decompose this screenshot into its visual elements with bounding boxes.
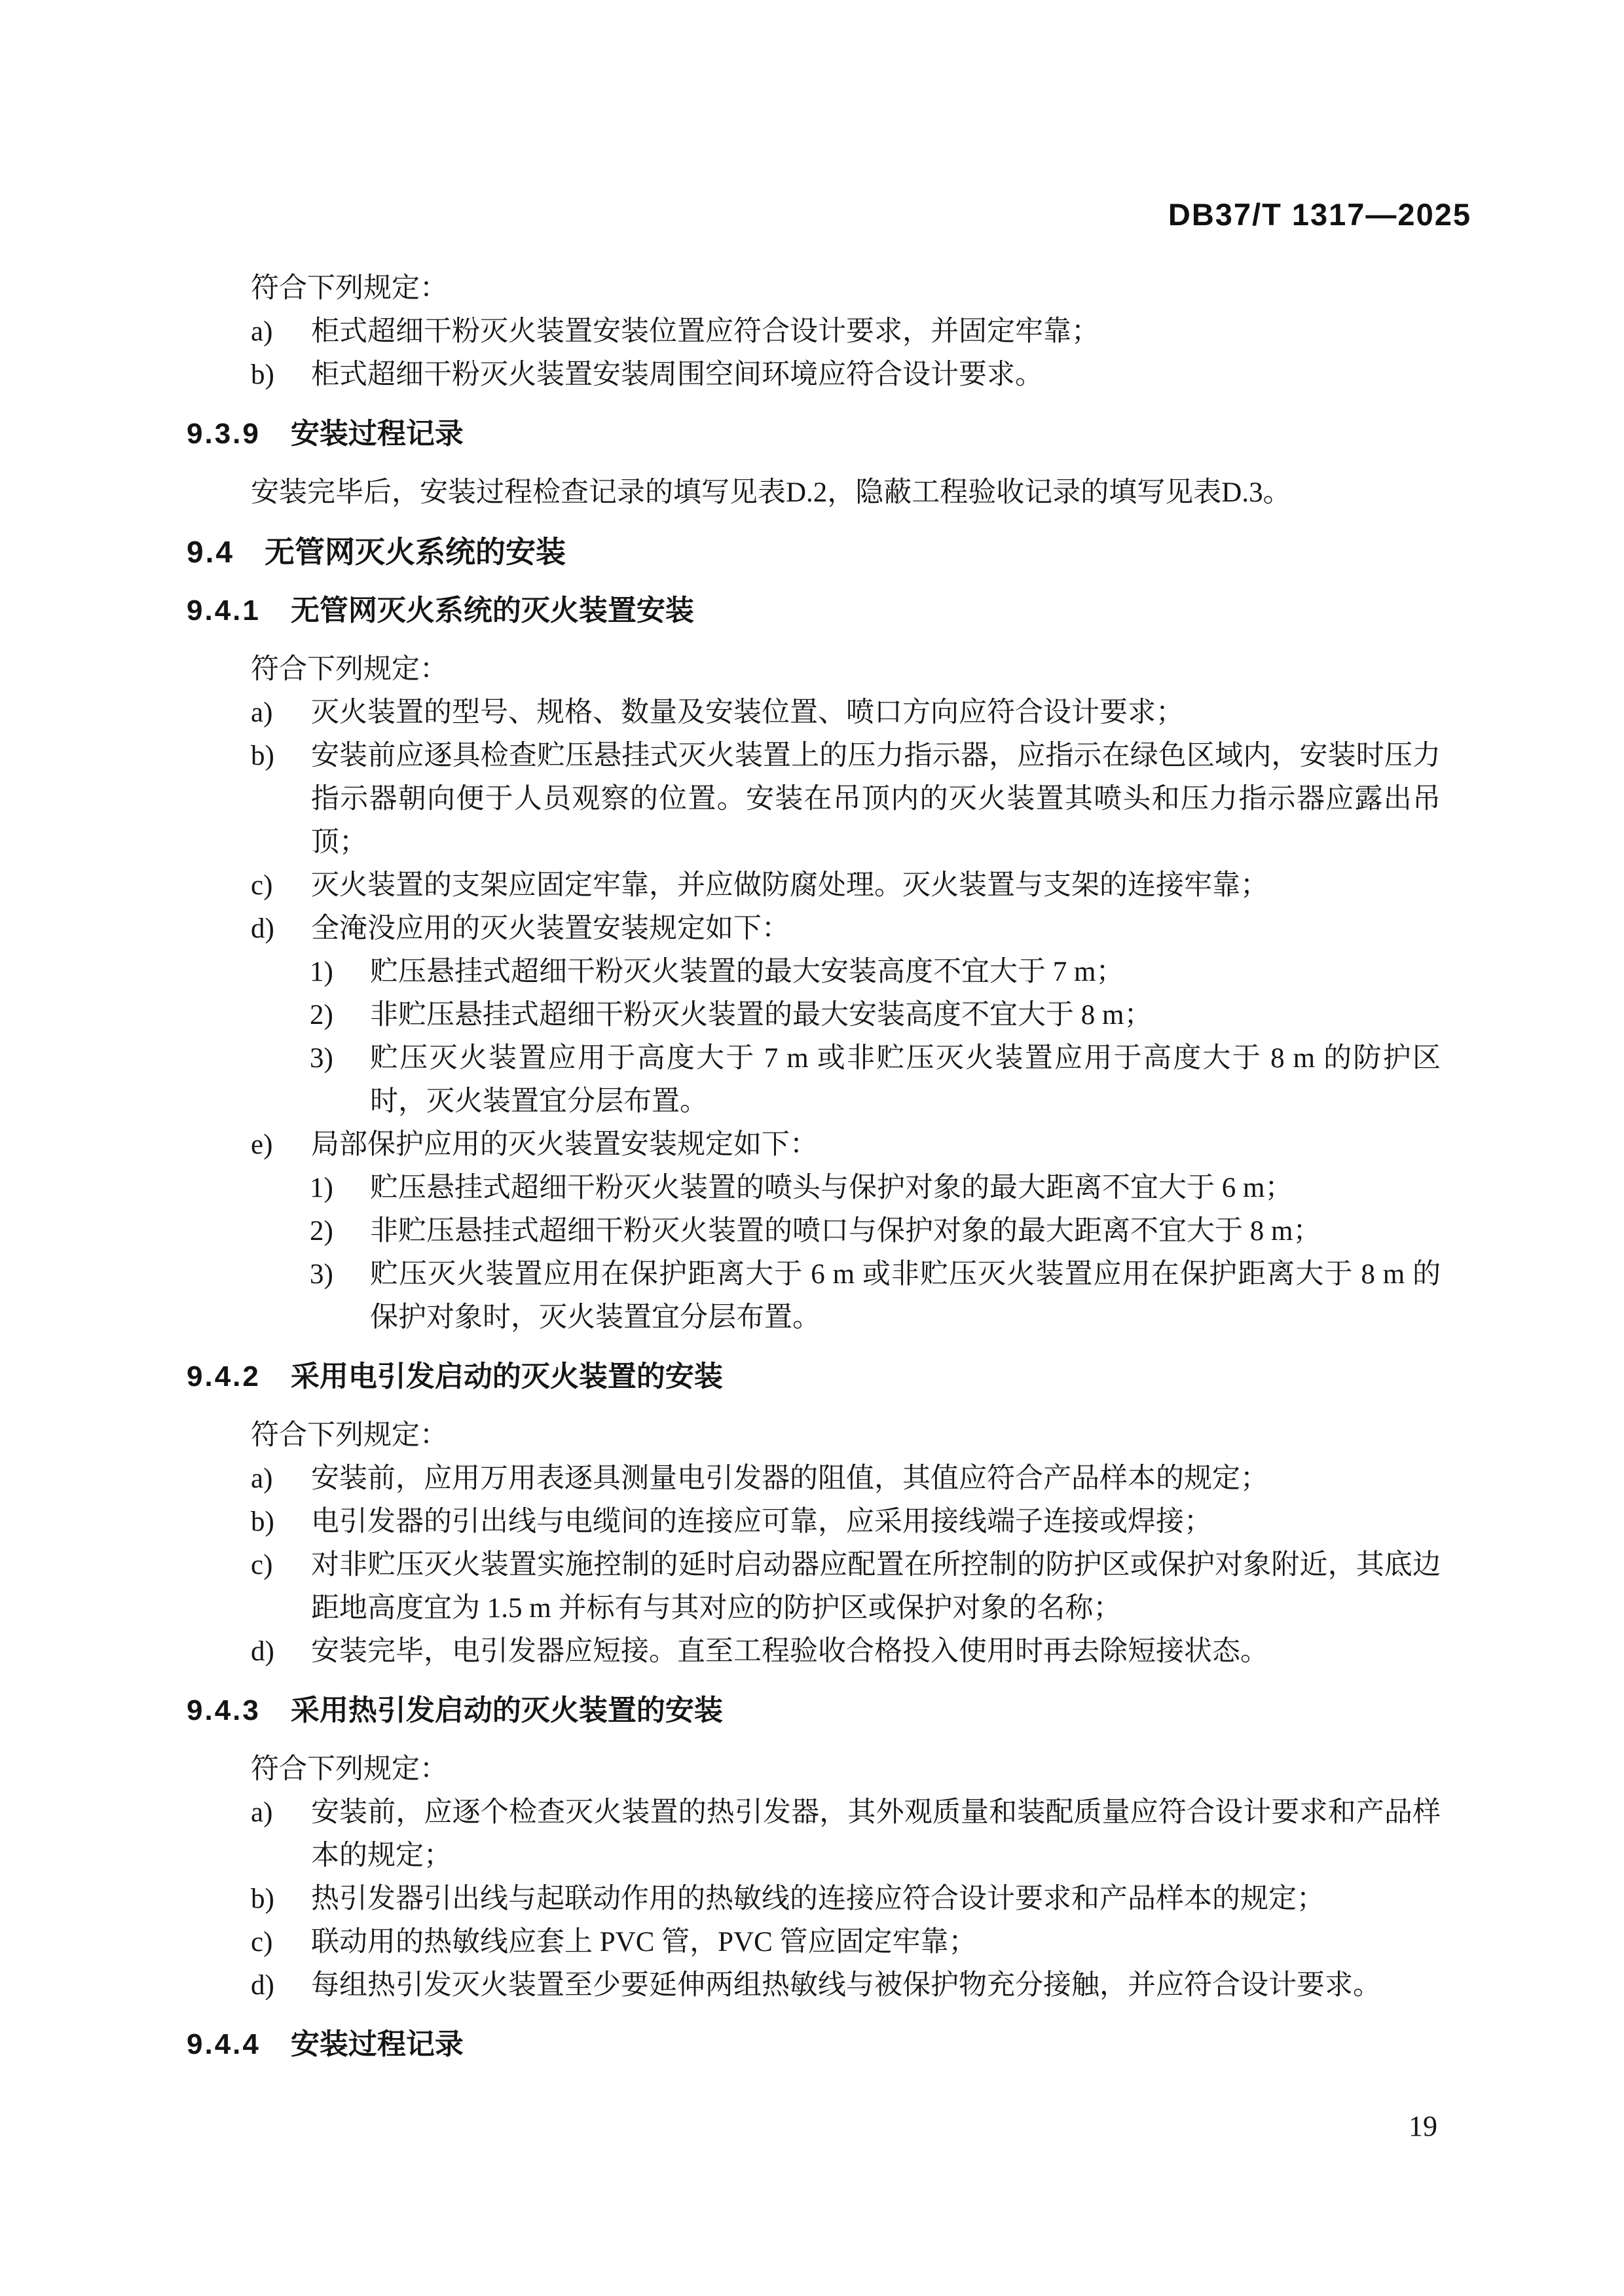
document-body: 符合下列规定： a) 柜式超细干粉灭火装置安装位置应符合设计要求，并固定牢靠； … — [187, 267, 1441, 2082]
heading-number: 9.4.2 — [187, 1355, 261, 1398]
list-item-text: 贮压悬挂式超细干粉灭火装置的喷头与保护对象的最大距离不宜大于 6 m； — [370, 1167, 1441, 1210]
heading-number: 9.3.9 — [187, 412, 261, 456]
list-item-text: 安装前，应用万用表逐具测量电引发器的阻值，其值应符合产品样本的规定； — [311, 1457, 1441, 1501]
page-number: 19 — [1409, 2109, 1437, 2143]
heading-number: 9.4 — [187, 530, 234, 574]
list-item-text: 每组热引发灭火装置至少要延伸两组热敏线与被保护物充分接触，并应符合设计要求。 — [311, 1964, 1441, 2007]
standard-code-header: DB37/T 1317—2025 — [1168, 196, 1471, 232]
heading-number: 9.4.4 — [187, 2023, 261, 2066]
list-marker: b) — [251, 354, 311, 397]
list-item-text: 非贮压悬挂式超细干粉灭火装置的最大安装高度不宜大于 8 m； — [370, 994, 1441, 1037]
paragraph-intro: 符合下列规定： — [187, 1414, 1441, 1457]
list-marker: 3) — [310, 1037, 370, 1123]
paragraph-intro: 符合下列规定： — [187, 267, 1441, 310]
list-marker: 3) — [310, 1253, 370, 1339]
heading-9-4-3: 9.4.3采用热引发启动的灭火装置的安装 — [187, 1689, 1441, 1732]
paragraph-intro: 符合下列规定： — [187, 1748, 1441, 1791]
list-marker: 2) — [310, 994, 370, 1037]
list-item-b: b) 热引发器引出线与起联动作用的热敏线的连接应符合设计要求和产品样本的规定； — [187, 1878, 1441, 1921]
heading-9-4: 9.4无管网灭火系统的安装 — [187, 530, 1441, 574]
list-item-text: 非贮压悬挂式超细干粉灭火装置的喷口与保护对象的最大距离不宜大于 8 m； — [370, 1210, 1441, 1253]
list-marker: c) — [251, 1921, 311, 1964]
list-item-a: a) 安装前，应用万用表逐具测量电引发器的阻值，其值应符合产品样本的规定； — [187, 1457, 1441, 1501]
sublist-item-2: 2) 非贮压悬挂式超细干粉灭火装置的喷口与保护对象的最大距离不宜大于 8 m； — [187, 1210, 1441, 1253]
heading-number: 9.4.1 — [187, 589, 261, 632]
list-marker: c) — [251, 1544, 311, 1630]
list-item-text: 局部保护应用的灭火装置安装规定如下： — [311, 1123, 1441, 1167]
list-item-text: 对非贮压灭火装置实施控制的延时启动器应配置在所控制的防护区或保护对象附近，其底边… — [311, 1544, 1441, 1630]
list-marker: a) — [251, 691, 311, 735]
sublist-item-1: 1) 贮压悬挂式超细干粉灭火装置的喷头与保护对象的最大距离不宜大于 6 m； — [187, 1167, 1441, 1210]
list-item-text: 柜式超细干粉灭火装置安装位置应符合设计要求，并固定牢靠； — [311, 310, 1441, 354]
list-marker: a) — [251, 1457, 311, 1501]
list-item-text: 贮压悬挂式超细干粉灭火装置的最大安装高度不宜大于 7 m； — [370, 951, 1441, 994]
list-item-a: a) 安装前，应逐个检查灭火装置的热引发器，其外观质量和装配质量应符合设计要求和… — [187, 1791, 1441, 1878]
heading-title: 采用热引发启动的灭火装置的安装 — [291, 1694, 723, 1726]
heading-title: 安装过程记录 — [291, 418, 464, 450]
list-marker: 1) — [310, 1167, 370, 1210]
list-item-a: a) 柜式超细干粉灭火装置安装位置应符合设计要求，并固定牢靠； — [187, 310, 1441, 354]
sublist-item-2: 2) 非贮压悬挂式超细干粉灭火装置的最大安装高度不宜大于 8 m； — [187, 994, 1441, 1037]
list-item-b: b) 安装前应逐具检查贮压悬挂式灭火装置上的压力指示器，应指示在绿色区域内，安装… — [187, 735, 1441, 864]
sublist-item-3: 3) 贮压灭火装置应用于高度大于 7 m 或非贮压灭火装置应用于高度大于 8 m… — [187, 1037, 1441, 1123]
list-item-text: 联动用的热敏线应套上 PVC 管，PVC 管应固定牢靠； — [311, 1921, 1441, 1964]
list-item-c: c) 联动用的热敏线应套上 PVC 管，PVC 管应固定牢靠； — [187, 1921, 1441, 1964]
heading-9-3-9: 9.3.9安装过程记录 — [187, 412, 1441, 456]
list-marker: c) — [251, 864, 311, 907]
list-item-b: b) 柜式超细干粉灭火装置安装周围空间环境应符合设计要求。 — [187, 354, 1441, 397]
heading-title: 采用电引发启动的灭火装置的安装 — [291, 1360, 723, 1393]
heading-9-4-2: 9.4.2采用电引发启动的灭火装置的安装 — [187, 1355, 1441, 1398]
list-marker: a) — [251, 310, 311, 354]
list-item-text: 贮压灭火装置应用在保护距离大于 6 m 或非贮压灭火装置应用在保护距离大于 8 … — [370, 1253, 1441, 1339]
heading-title: 安装过程记录 — [291, 2028, 464, 2060]
list-item-text: 安装完毕，电引发器应短接。直至工程验收合格投入使用时再去除短接状态。 — [311, 1630, 1441, 1673]
list-marker: b) — [251, 735, 311, 864]
document-page: DB37/T 1317—2025 符合下列规定： a) 柜式超细干粉灭火装置安装… — [0, 0, 1624, 2296]
list-item-text: 热引发器引出线与起联动作用的热敏线的连接应符合设计要求和产品样本的规定； — [311, 1878, 1441, 1921]
list-item-a: a) 灭火装置的型号、规格、数量及安装位置、喷口方向应符合设计要求； — [187, 691, 1441, 735]
heading-9-4-1: 9.4.1无管网灭火系统的灭火装置安装 — [187, 589, 1441, 632]
list-item-text: 灭火装置的支架应固定牢靠，并应做防腐处理。灭火装置与支架的连接牢靠； — [311, 864, 1441, 907]
sublist-item-1: 1) 贮压悬挂式超细干粉灭火装置的最大安装高度不宜大于 7 m； — [187, 951, 1441, 994]
list-item-text: 贮压灭火装置应用于高度大于 7 m 或非贮压灭火装置应用于高度大于 8 m 的防… — [370, 1037, 1441, 1123]
list-item-c: c) 对非贮压灭火装置实施控制的延时启动器应配置在所控制的防护区或保护对象附近，… — [187, 1544, 1441, 1630]
list-marker: b) — [251, 1501, 311, 1544]
sublist-item-3: 3) 贮压灭火装置应用在保护距离大于 6 m 或非贮压灭火装置应用在保护距离大于… — [187, 1253, 1441, 1339]
heading-9-4-4: 9.4.4安装过程记录 — [187, 2023, 1441, 2066]
list-item-text: 安装前，应逐个检查灭火装置的热引发器，其外观质量和装配质量应符合设计要求和产品样… — [311, 1791, 1441, 1878]
list-item-b: b) 电引发器的引出线与电缆间的连接应可靠，应采用接线端子连接或焊接； — [187, 1501, 1441, 1544]
list-marker: d) — [251, 1964, 311, 2007]
list-item-text: 灭火装置的型号、规格、数量及安装位置、喷口方向应符合设计要求； — [311, 691, 1441, 735]
list-item-text: 安装前应逐具检查贮压悬挂式灭火装置上的压力指示器，应指示在绿色区域内，安装时压力… — [311, 735, 1441, 864]
list-item-text: 电引发器的引出线与电缆间的连接应可靠，应采用接线端子连接或焊接； — [311, 1501, 1441, 1544]
list-item-text: 全淹没应用的灭火装置安装规定如下： — [311, 907, 1441, 951]
list-item-d: d) 全淹没应用的灭火装置安装规定如下： — [187, 907, 1441, 951]
list-marker: d) — [251, 1630, 311, 1673]
paragraph-intro: 符合下列规定： — [187, 648, 1441, 691]
paragraph: 安装完毕后，安装过程检查记录的填写见表D.2，隐蔽工程验收记录的填写见表D.3。 — [187, 471, 1441, 515]
heading-title: 无管网灭火系统的灭火装置安装 — [291, 594, 694, 627]
list-marker: b) — [251, 1878, 311, 1921]
heading-title: 无管网灭火系统的安装 — [265, 535, 566, 569]
list-item-c: c) 灭火装置的支架应固定牢靠，并应做防腐处理。灭火装置与支架的连接牢靠； — [187, 864, 1441, 907]
list-marker: 1) — [310, 951, 370, 994]
list-marker: a) — [251, 1791, 311, 1878]
list-item-e: e) 局部保护应用的灭火装置安装规定如下： — [187, 1123, 1441, 1167]
heading-number: 9.4.3 — [187, 1689, 261, 1732]
list-item-text: 柜式超细干粉灭火装置安装周围空间环境应符合设计要求。 — [311, 354, 1441, 397]
list-marker: e) — [251, 1123, 311, 1167]
list-marker: d) — [251, 907, 311, 951]
list-marker: 2) — [310, 1210, 370, 1253]
list-item-d: d) 每组热引发灭火装置至少要延伸两组热敏线与被保护物充分接触，并应符合设计要求… — [187, 1964, 1441, 2007]
list-item-d: d) 安装完毕，电引发器应短接。直至工程验收合格投入使用时再去除短接状态。 — [187, 1630, 1441, 1673]
